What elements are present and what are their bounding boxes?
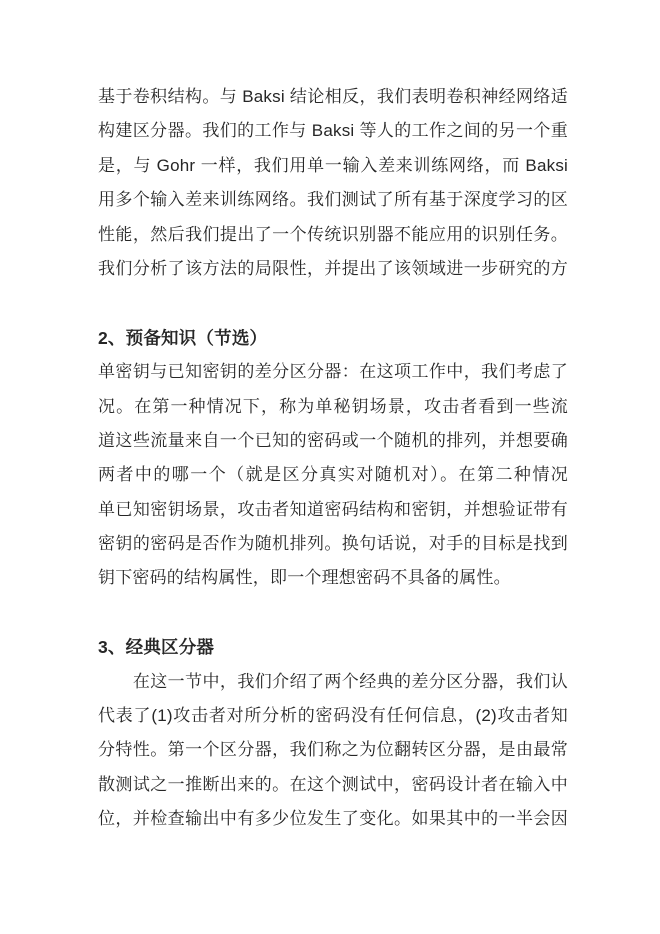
text-line: 我们分析了该方法的局限性，并提出了该领域进一步研究的方向。 <box>98 252 568 286</box>
heading-section-2-preliminaries: 2、预备知识（节选） <box>98 321 568 355</box>
text-line: 单密钥与已知密钥的差分区分器：在这项工作中，我们考虑了两种情 <box>98 355 568 389</box>
text-line: 基于卷积结构。与 Baksi 结论相反，我们表明卷积神经网络适合用于 <box>98 80 568 114</box>
heading-text: 2、预备知识（节选） <box>98 321 568 355</box>
document-page: 基于卷积结构。与 Baksi 结论相反，我们表明卷积神经网络适合用于构建区分器。… <box>0 0 660 934</box>
text-line: 是，与 Gohr 一样，我们用单一输入差来训练网络，而 Baksi 等人使 <box>98 149 568 183</box>
text-line: 分特性。第一个区分器，我们称之为位翻转区分器，是由最常见的扩 <box>98 733 568 767</box>
text-line: 散测试之一推断出来的。在这个测试中，密码设计者在输入中翻转 1 <box>98 768 568 802</box>
text-line: 代表了(1)攻击者对所分析的密码没有任何信息，(2)攻击者知道其差 <box>98 699 568 733</box>
text-line: 单已知密钥场景，攻击者知道密码结构和密钥，并想验证带有该特定 <box>98 493 568 527</box>
text-line: 况。在第一种情况下，称为单秘钥场景，攻击者看到一些流量，他知 <box>98 390 568 424</box>
text-line: 两者中的哪一个（就是区分真实对随机对）。在第二种情况下，称为 <box>98 458 568 492</box>
text-line: 密钥的密码是否作为随机排列。换句话说，对手的目标是找到已知密 <box>98 527 568 561</box>
text-line: 构建区分器。我们的工作与 Baksi 等人的工作之间的另一个重要区别 <box>98 114 568 148</box>
text-line: 道这些流量来自一个已知的密码或一个随机的排列，并想要确定来自 <box>98 424 568 458</box>
text-line: 性能，然后我们提出了一个传统识别器不能应用的识别任务。最后， <box>98 218 568 252</box>
paragraph-section-3-classical-distinguishers: 在这一节中，我们介绍了两个经典的差分区分器，我们认为它们代表了(1)攻击者对所分… <box>98 665 568 837</box>
heading-section-3-classical-distinguishers: 3、经典区分器 <box>98 630 568 664</box>
paragraph-intro-continuation: 基于卷积结构。与 Baksi 结论相反，我们表明卷积神经网络适合用于构建区分器。… <box>98 80 568 286</box>
text-line: 钥下密码的结构属性，即一个理想密码不具备的属性。 <box>98 561 568 595</box>
heading-text: 3、经典区分器 <box>98 630 568 664</box>
paragraph-section-2-preliminaries: 单密钥与已知密钥的差分区分器：在这项工作中，我们考虑了两种情况。在第一种情况下，… <box>98 355 568 596</box>
text-line: 位，并检查输出中有多少位发生了变化。如果其中的一半会因为所有 <box>98 802 568 836</box>
text-line: 用多个输入差来训练网络。我们测试了所有基于深度学习的区分器的 <box>98 183 568 217</box>
text-line: 在这一节中，我们介绍了两个经典的差分区分器，我们认为它们 <box>98 665 568 699</box>
